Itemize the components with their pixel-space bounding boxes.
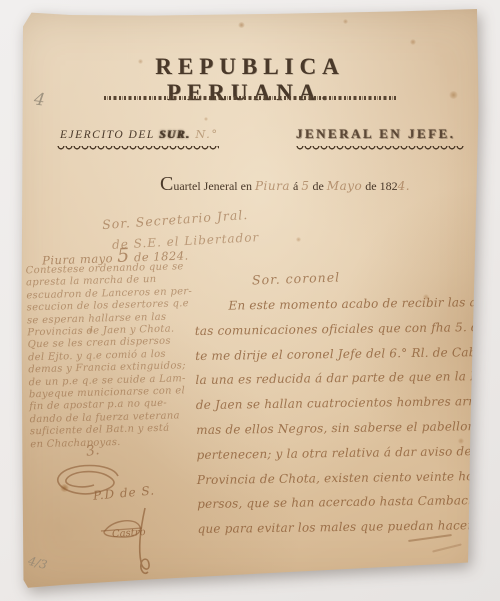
chief-header: JENERAL EN JEFE. xyxy=(296,126,456,142)
dateline-initial: C xyxy=(160,173,173,195)
foxing-stain xyxy=(204,117,208,121)
foxing-stain xyxy=(343,19,348,24)
army-header-number: N.° xyxy=(190,127,218,141)
pen-stroke xyxy=(432,543,462,552)
document-photo: REPUBLICA PERUANA. EJERCITO DEL SUR. N.°… xyxy=(0,0,500,601)
pencil-mark-top-left: 4 xyxy=(33,89,47,110)
foxing-stain xyxy=(262,581,266,585)
signature-name: Castro xyxy=(112,527,146,540)
letter-paper: REPUBLICA PERUANA. EJERCITO DEL SUR. N.°… xyxy=(0,0,500,601)
dateline-printed-2: á xyxy=(290,179,301,193)
pencil-mark-bottom-left: 4/3 xyxy=(27,554,49,572)
body-line: mas de ellos Negros, sin saberse el pabe… xyxy=(196,414,488,443)
letter-body: En este momento acabo de recibir las adj… xyxy=(194,290,489,542)
dateline-year-handwritten: 4. xyxy=(398,179,410,193)
dateline-month-handwritten: Mayo xyxy=(327,179,362,193)
photo-background: REPUBLICA PERUANA. EJERCITO DEL SUR. N.°… xyxy=(0,0,500,601)
army-header: EJERCITO DEL SUR. N.° xyxy=(60,127,219,141)
army-header-printed: EJERCITO DEL xyxy=(60,129,159,141)
dateline-printed-3: de xyxy=(309,179,326,193)
dateline-printed-4: de 182 xyxy=(362,179,397,193)
foxing-stain xyxy=(449,91,458,99)
salutation: Sor. coronel xyxy=(252,269,341,287)
army-header-unit: SUR. xyxy=(159,129,190,141)
dateline-day-handwritten: 5 xyxy=(301,179,309,193)
masthead-ornament-rule xyxy=(104,96,396,100)
signature-flourish xyxy=(98,506,168,580)
foxing-stain xyxy=(410,39,416,45)
address-line-recipient: Sor. Secretario Jral. xyxy=(102,207,249,232)
dateline-printed-1: uartel Jeneral en xyxy=(173,179,255,193)
dateline: Cuartel Jeneral en Piura á 5 de Mayo de … xyxy=(160,178,410,194)
foxing-stain xyxy=(238,22,245,28)
body-line: tas comunicaciones oficiales que con fha… xyxy=(195,315,487,344)
army-header-wavy-rule xyxy=(57,146,219,152)
body-line: pertenecen; y la otra relativa á dar avi… xyxy=(196,439,488,468)
chief-header-wavy-rule xyxy=(296,146,464,152)
foxing-stain xyxy=(296,237,301,242)
dateline-place-handwritten: Piura xyxy=(255,179,290,193)
body-line: que para evitar los males que puedan hac… xyxy=(197,513,489,542)
body-line: En este momento acabo de recibir las adj… xyxy=(194,290,486,319)
margin-reply-note: Contestese ordenando que se apresta la m… xyxy=(26,261,209,452)
